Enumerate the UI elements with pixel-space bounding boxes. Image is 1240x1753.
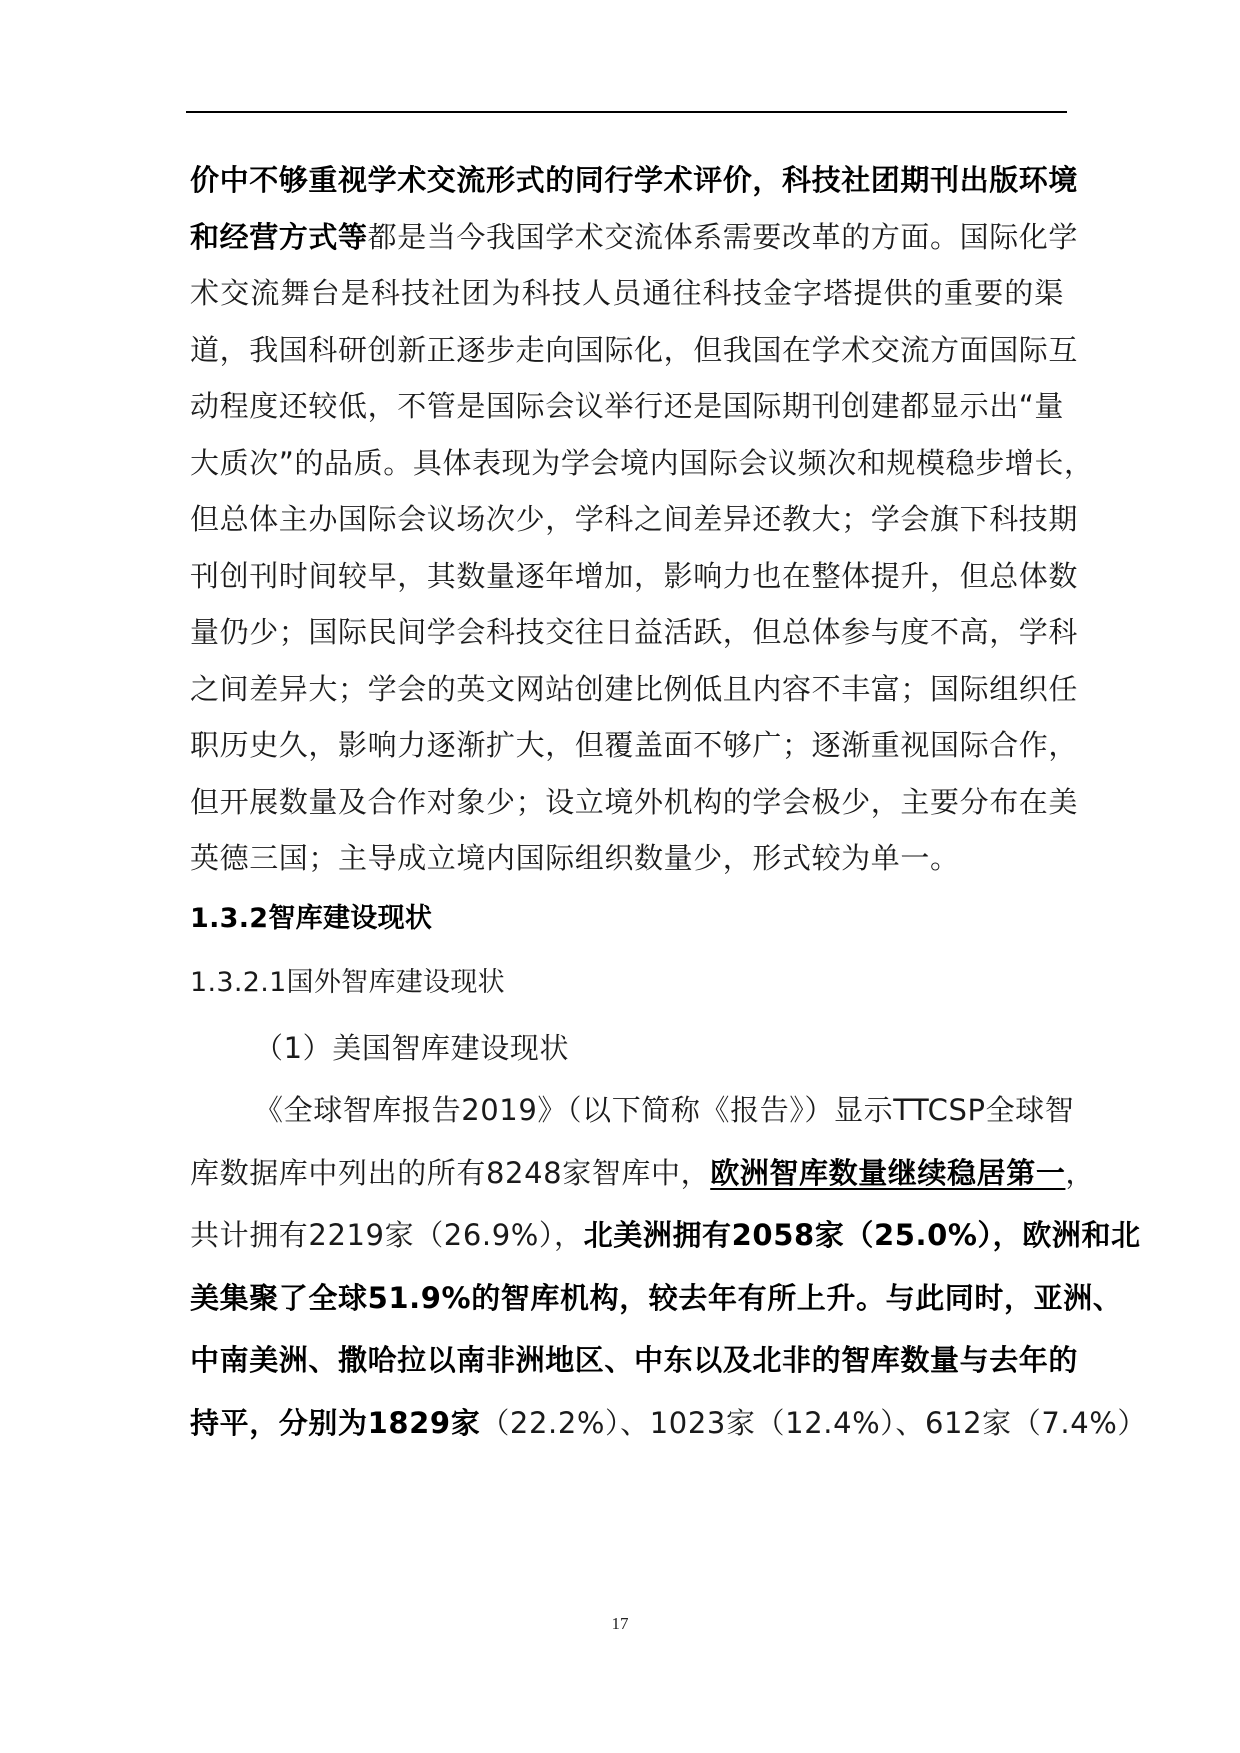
paragraph-1-line: 道，我国科研创新正逐步走向国际化，但我国在学术交流方面国际互 bbox=[190, 330, 1064, 370]
paragraph-1-line: 大质次”的品质。具体表现为学会境内国际会议频次和规模稳步增长， bbox=[190, 443, 1064, 483]
paragraph-2-line-6: 持平，分别为1829家（22.2%）、1023家（12.4%）、612家（7.4… bbox=[190, 1403, 1064, 1443]
paragraph-2-line-3: 共计拥有2219家（26.9%），北美洲拥有2058家（25.0%），欧洲和北 bbox=[190, 1215, 1064, 1255]
text-span: 动程度还较低，不管是国际会议举行还是国际期刊创建都显示出“量 bbox=[190, 389, 1064, 423]
underlined-emphasis: 欧洲智库数量继续稳居第一 bbox=[710, 1156, 1065, 1190]
paragraph-1-line: 术交流舞台是科技社团为科技人员通往科技金字塔提供的重要的渠 bbox=[190, 273, 1064, 313]
section-heading: 1.3.2智库建设现状 bbox=[190, 899, 432, 939]
paragraph-2-line-1: 《全球智库报告2019》（以下简称《报告》）显示TTCSP全球智 bbox=[254, 1090, 1064, 1130]
paragraph-1-line: 量仍少；国际民间学会科技交往日益活跃，但总体参与度不高，学科 bbox=[190, 612, 1064, 652]
bold-emphasis: 和经营方式等 bbox=[190, 220, 368, 254]
bold-emphasis: 北美洲拥有2058家（25.0%），欧洲和北 bbox=[584, 1218, 1141, 1252]
paragraph-1-line: 动程度还较低，不管是国际会议举行还是国际期刊创建都显示出“量 bbox=[190, 386, 1064, 426]
text-span: 但总体主办国际会议场次少，学科之间差异还教大；学会旗下科技期 bbox=[190, 502, 1078, 536]
text-span: 量仍少；国际民间学会科技交往日益活跃，但总体参与度不高，学科 bbox=[190, 615, 1078, 649]
paragraph-1-line: 之间差异大；学会的英文网站创建比例低且内容不丰富；国际组织任 bbox=[190, 669, 1064, 709]
paragraph-1-line: 英德三国；主导成立境内国际组织数量少，形式较为单一。 bbox=[190, 838, 960, 878]
paragraph-1-line: 职历史久，影响力逐渐扩大，但覆盖面不够广；逐渐重视国际合作， bbox=[190, 725, 1064, 765]
paragraph-1-line: 和经营方式等都是当今我国学术交流体系需要改革的方面。国际化学 bbox=[190, 217, 1064, 257]
paragraph-2-line-2: 库数据库中列出的所有8248家智库中，欧洲智库数量继续稳居第一， bbox=[190, 1153, 1064, 1193]
page-number: 17 bbox=[0, 1614, 1240, 1634]
text-span: 但开展数量及合作对象少；设立境外机构的学会极少，主要分布在美 bbox=[190, 785, 1078, 819]
bold-emphasis: 中南美洲、撒哈拉以南非洲地区、中东以及北非的智库数量与去年的 bbox=[190, 1343, 1078, 1377]
paragraph-2-line-5: 中南美洲、撒哈拉以南非洲地区、中东以及北非的智库数量与去年的 bbox=[190, 1340, 1064, 1380]
bold-emphasis: 美集聚了全球51.9%的智库机构，较去年有所上升。与此同时，亚洲、 bbox=[190, 1281, 1122, 1315]
text-span: 术交流舞台是科技社团为科技人员通往科技金字塔提供的重要的渠 bbox=[190, 276, 1064, 310]
header-rule bbox=[186, 111, 1067, 113]
text-span: （22.2%）、1023家（12.4%）、612家（7.4%） bbox=[480, 1406, 1147, 1440]
paragraph-1-line: 刊创刊时间较早，其数量逐年增加，影响力也在整体提升，但总体数 bbox=[190, 556, 1064, 596]
text-span: 道，我国科研创新正逐步走向国际化，但我国在学术交流方面国际互 bbox=[190, 333, 1078, 367]
text-span: 库数据库中列出的所有8248家智库中， bbox=[190, 1156, 710, 1190]
text-span: ， bbox=[1065, 1156, 1095, 1190]
bold-emphasis: 价中不够重视学术交流形式的同行学术评价，科技社团期刊出版环境 bbox=[190, 163, 1078, 197]
paragraph-1-line: 但总体主办国际会议场次少，学科之间差异还教大；学会旗下科技期 bbox=[190, 499, 1064, 539]
text-span: 职历史久，影响力逐渐扩大，但覆盖面不够广；逐渐重视国际合作， bbox=[190, 728, 1078, 762]
paragraph-1-line: 但开展数量及合作对象少；设立境外机构的学会极少，主要分布在美 bbox=[190, 782, 1064, 822]
text-span: 之间差异大；学会的英文网站创建比例低且内容不丰富；国际组织任 bbox=[190, 672, 1078, 706]
paragraph-2-line-4: 美集聚了全球51.9%的智库机构，较去年有所上升。与此同时，亚洲、 bbox=[190, 1278, 1064, 1318]
text-span: 大质次”的品质。具体表现为学会境内国际会议频次和规模稳步增长， bbox=[190, 446, 1094, 480]
text-span: 都是当今我国学术交流体系需要改革的方面。国际化学 bbox=[368, 220, 1078, 254]
sub-subsection-heading: （1）美国智库建设现状 bbox=[254, 1028, 569, 1068]
subsection-heading: 1.3.2.1国外智库建设现状 bbox=[190, 963, 505, 1003]
paragraph-1-line: 价中不够重视学术交流形式的同行学术评价，科技社团期刊出版环境 bbox=[190, 160, 1064, 200]
bold-emphasis: 持平，分别为1829家 bbox=[190, 1406, 480, 1440]
text-span: 英德三国；主导成立境内国际组织数量少，形式较为单一。 bbox=[190, 841, 960, 875]
paragraph-2-line-1-text: 《全球智库报告2019》（以下简称《报告》）显示TTCSP全球智 bbox=[254, 1093, 1074, 1127]
text-span: 共计拥有2219家（26.9%）， bbox=[190, 1218, 584, 1252]
text-span: 刊创刊时间较早，其数量逐年增加，影响力也在整体提升，但总体数 bbox=[190, 559, 1078, 593]
